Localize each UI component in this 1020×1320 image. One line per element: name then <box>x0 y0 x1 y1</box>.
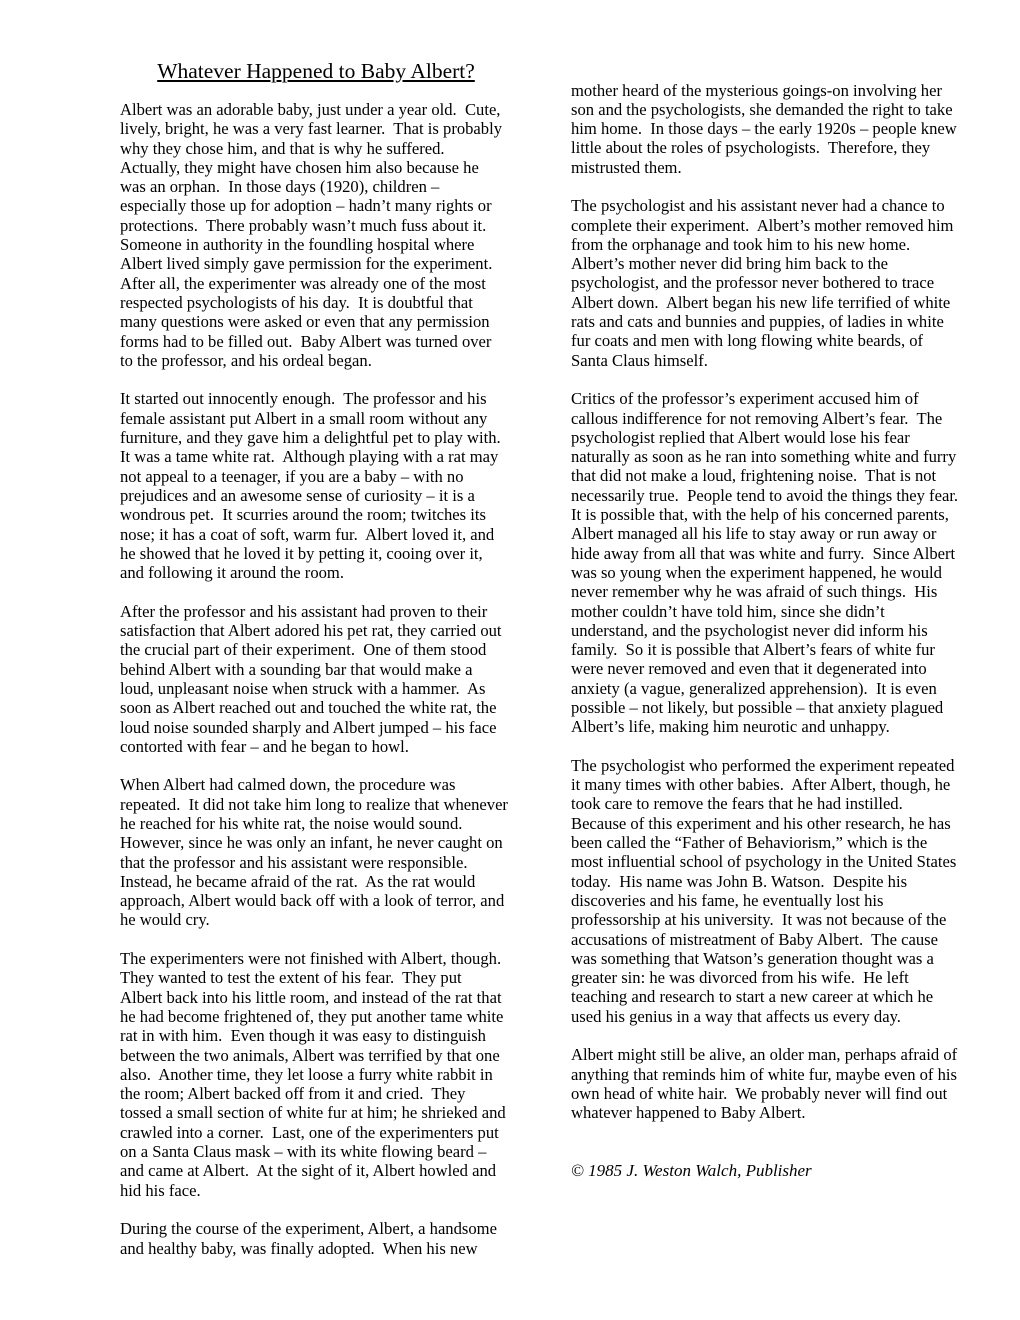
copyright-line: © 1985 J. Weston Walch, Publisher <box>571 1161 971 1180</box>
paragraph: The psychologist and his assistant never… <box>571 196 971 370</box>
left-column: Whatever Happened to Baby Albert? Albert… <box>120 58 520 1277</box>
paragraph: Albert might still be alive, an older ma… <box>571 1045 971 1122</box>
paragraph: It started out innocently enough. The pr… <box>120 389 520 582</box>
paragraph: When Albert had calmed down, the procedu… <box>120 775 520 929</box>
paragraph: mother heard of the mysterious goings-on… <box>571 81 971 177</box>
paragraph: The experimenters were not finished with… <box>120 949 520 1200</box>
document-page: Whatever Happened to Baby Albert? Albert… <box>0 0 1020 1320</box>
right-column: mother heard of the mysterious goings-on… <box>571 81 971 1181</box>
paragraph: During the course of the experiment, Alb… <box>120 1219 520 1258</box>
document-title: Whatever Happened to Baby Albert? <box>120 58 512 84</box>
paragraph: Albert was an adorable baby, just under … <box>120 100 520 370</box>
paragraph: Critics of the professor’s experiment ac… <box>571 389 971 736</box>
paragraph: After the professor and his assistant ha… <box>120 602 520 756</box>
paragraph: The psychologist who performed the exper… <box>571 756 971 1026</box>
